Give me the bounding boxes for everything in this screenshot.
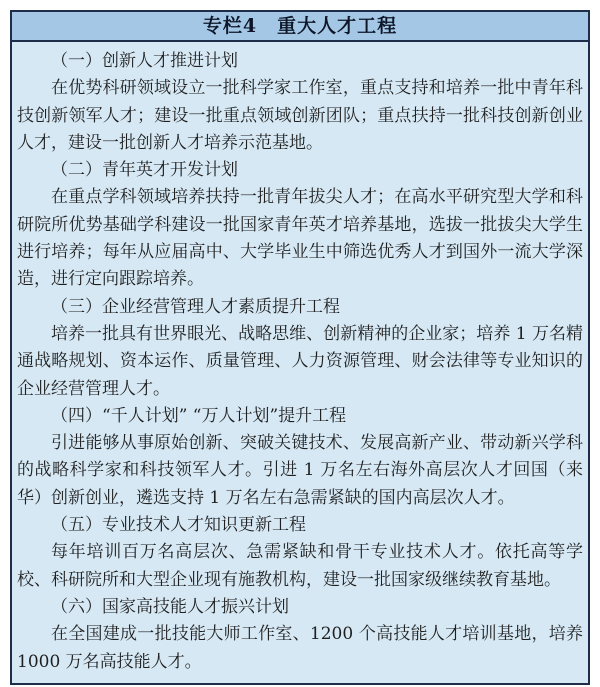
section-heading: （四）“千人计划” “万人计划”提升工程 (17, 403, 583, 430)
section-heading: （一）创新人才推进计划 (17, 48, 583, 75)
section-heading: （六）国家高技能人才振兴计划 (17, 594, 583, 621)
section-paragraph: 引进能够从事原始创新、突破关键技术、发展高新产业、带动新兴学科的战略科学家和科技… (17, 430, 583, 512)
page: 专栏4 重大人才工程 （一）创新人才推进计划在优势科研领域设立一批科学家工作室，… (0, 0, 600, 687)
section-heading: （三）企业经营管理人才素质提升工程 (17, 294, 583, 321)
section-paragraph: 在优势科研领域设立一批科学家工作室，重点支持和培养一批中青年科技创新领军人才；建… (17, 75, 583, 157)
panel-title: 专栏4 重大人才工程 (203, 15, 397, 37)
section-heading: （二）青年英才开发计划 (17, 157, 583, 184)
panel-major-talent-projects: 专栏4 重大人才工程 （一）创新人才推进计划在优势科研领域设立一批科学家工作室，… (10, 10, 590, 685)
section-heading: （五）专业技术人才知识更新工程 (17, 512, 583, 539)
section-paragraph: 在重点学科领域培养扶持一批青年拔尖人才；在高水平研究型大学和科研院所优势基础学科… (17, 184, 583, 293)
section-paragraph: 每年培训百万名高层次、急需紧缺和骨干专业技术人才。依托高等学校、科研院所和大型企… (17, 539, 583, 594)
section-paragraph: 在全国建成一批技能大师工作室、1200 个高技能人才培训基地，培养 1000 万… (17, 621, 583, 676)
panel-body: （一）创新人才推进计划在优势科研领域设立一批科学家工作室，重点支持和培养一批中青… (12, 42, 588, 683)
panel-header: 专栏4 重大人才工程 (12, 12, 588, 42)
section-paragraph: 培养一批具有世界眼光、战略思维、创新精神的企业家；培养 1 万名精通战略规划、资… (17, 321, 583, 403)
